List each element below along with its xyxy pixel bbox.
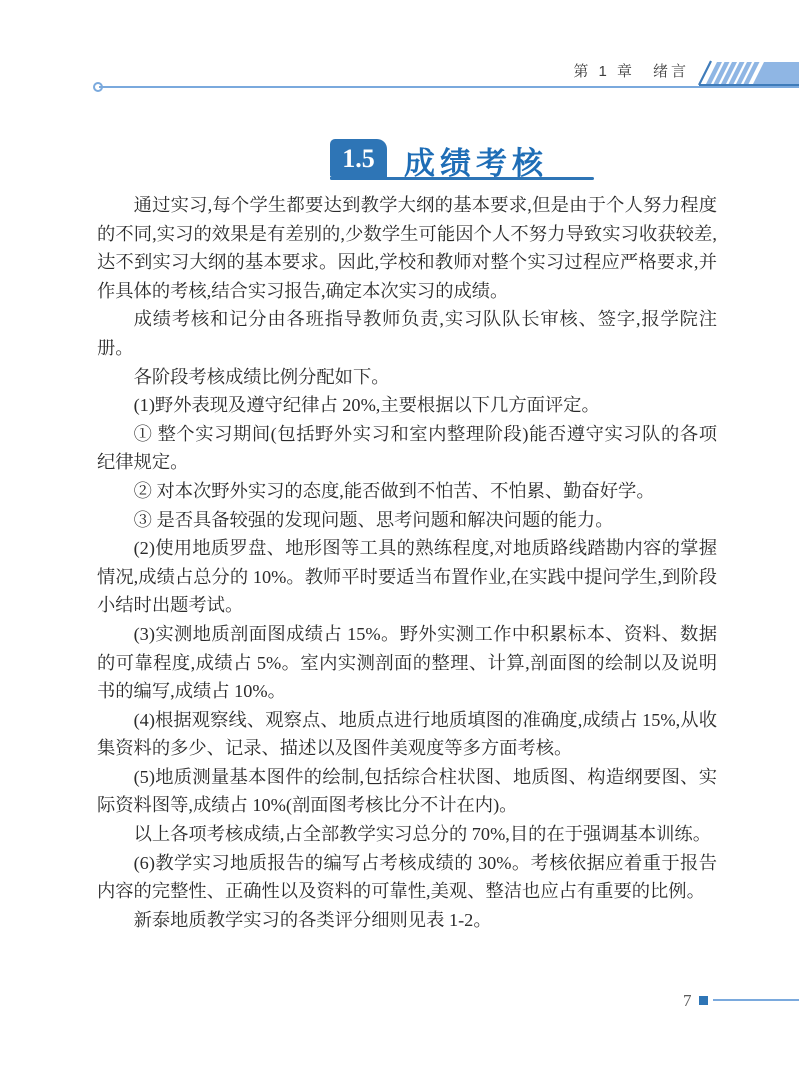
header-rule [99,86,799,88]
paragraph-6: ② 对本次野外实习的态度,能否做到不怕苦、不怕累、勤奋好学。 [97,477,717,506]
paragraph-10: (4)根据观察线、观察点、地质点进行地质填图的准确度,成绩占 15%,从收集资料… [97,706,717,763]
header-stripes-decoration-icon [695,59,799,87]
paragraph-1: 通过实习,每个学生都要达到教学大纲的基本要求,但是由于个人努力程度的不同,实习的… [97,191,717,305]
paragraph-14: 新泰地质教学实习的各类评分细则见表 1-2。 [97,906,717,935]
paragraph-7: ③ 是否具备较强的发现问题、思考问题和解决问题的能力。 [97,506,717,535]
paragraph-5: ① 整个实习期间(包括野外实习和室内整理阶段)能否遵守实习队的各项纪律规定。 [97,420,717,477]
page-number: 7 [683,991,692,1011]
section-number-badge: 1.5 [330,139,387,177]
paragraph-9: (3)实测地质剖面图成绩占 15%。野外实测工作中积累标本、资料、数据的可靠程度… [97,620,717,706]
section-title: 成绩考核 [404,138,548,183]
running-header-chapter: 第 1 章 绪言 [573,60,689,81]
paragraph-3: 各阶段考核成绩比例分配如下。 [97,363,717,392]
footer-square-icon [699,996,708,1005]
paragraph-11: (5)地质测量基本图件的绘制,包括综合柱状图、地质图、构造纲要图、实际资料图等,… [97,763,717,820]
paragraph-12: 以上各项考核成绩,占全部教学实习总分的 70%,目的在于强调基本训练。 [97,820,717,849]
paragraph-2: 成绩考核和记分由各班指导教师负责,实习队队长审核、签字,报学院注册。 [97,305,717,362]
footer-rule [713,999,799,1001]
book-page: 第 1 章 绪言 1.5 成绩考核 通过实习,每个学生都要达到教学大纲的基本要求… [0,0,799,1073]
paragraph-13: (6)教学实习地质报告的编写占考核成绩的 30%。考核依据应着重于报告内容的完整… [97,849,717,906]
paragraph-4: (1)野外表现及遵守纪律占 20%,主要根据以下几方面评定。 [97,391,717,420]
body-text-block: 通过实习,每个学生都要达到教学大纲的基本要求,但是由于个人努力程度的不同,实习的… [97,191,717,934]
paragraph-8: (2)使用地质罗盘、地形图等工具的熟练程度,对地质路线踏勘内容的掌握情况,成绩占… [97,534,717,620]
